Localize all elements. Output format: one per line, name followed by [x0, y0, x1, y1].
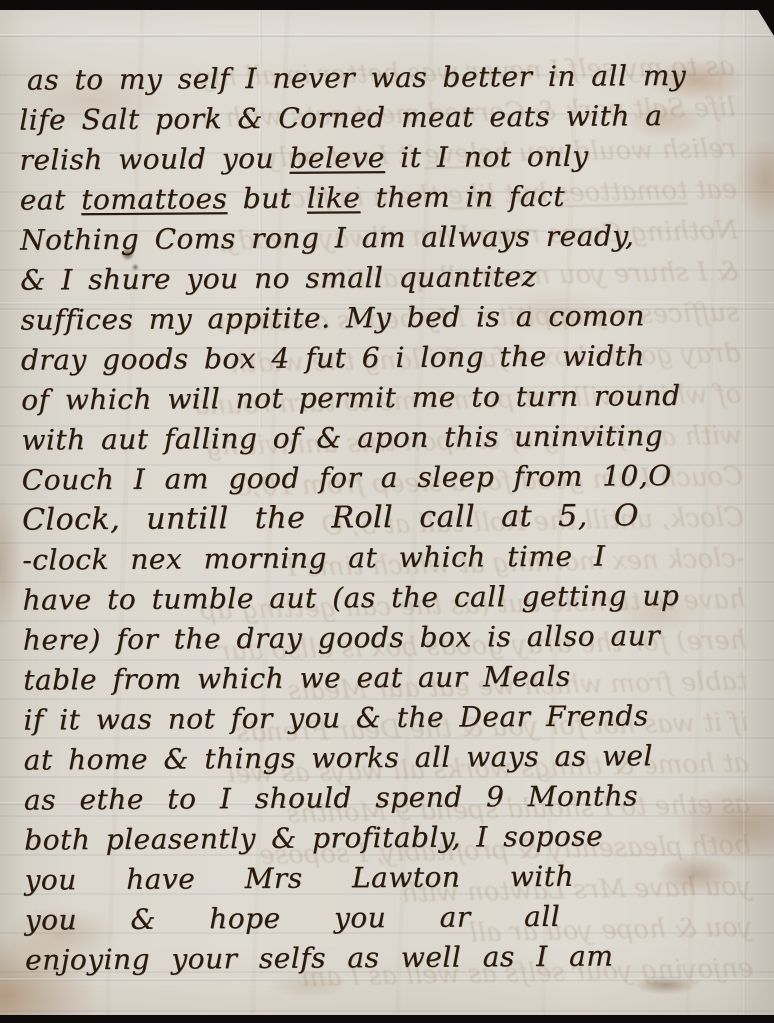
letter-line: at home & things works all ways as wel [24, 735, 770, 780]
letter-line: have to tumble aut (as the call getting … [22, 575, 768, 620]
letter-page: as to my self I never was better in all … [0, 10, 774, 1015]
letter-line: with aut falling of & apon this uninviti… [21, 415, 767, 460]
scan-border-bottom [0, 1015, 774, 1023]
letter-line: as to my self I never was better in all … [19, 55, 765, 100]
underlined-word: tomattoes [81, 182, 227, 216]
letter-line: of which will not permit me to turn roun… [21, 375, 767, 420]
letter-line: Clock, untill the Roll call at 5, O [22, 495, 768, 540]
letter-line: Couch I am good for a sleep from 10,O [22, 455, 768, 500]
fold-crease-horizontal [0, 34, 774, 37]
letter-line: relish would you beleve it I not only [19, 135, 765, 180]
letter-text: as to my self I never was better in all … [19, 55, 771, 980]
letter-line: -clock nex morning at which time I [22, 535, 768, 580]
letter-scan: as to my self I never was better in all … [0, 0, 774, 1023]
letter-line: you & hope you ar all [25, 895, 771, 940]
letter-line: dray goods box 4 fut 6 i long the width [21, 335, 767, 380]
letter-line: as ethe to I should spend 9 Months [24, 775, 770, 820]
letter-line: suffices my appitite. My bed is a comon [20, 295, 766, 340]
letter-line: life Salt pork & Corned meat eats with a [19, 95, 765, 140]
letter-line: both pleasently & profitably, I sopose [24, 815, 770, 860]
scan-corner-top-right [758, 10, 774, 36]
letter-line: table from which we eat aur Meals [23, 655, 769, 700]
letter-line: eat tomattoes but like them in fact [20, 175, 766, 220]
underlined-word: like [307, 181, 361, 214]
letter-line: & I shure you no small quantitez [20, 255, 766, 300]
letter-line: if it was not for you & the Dear Frends [23, 695, 769, 740]
scan-border-top [0, 0, 774, 10]
letter-line: Nothing Coms rong I am allways ready, [20, 215, 766, 260]
letter-line: you have Mrs Lawton with [24, 855, 770, 900]
letter-line: here) for the dray goods box is allso au… [23, 615, 769, 660]
underlined-word: beleve [289, 141, 385, 175]
letter-line: enjoying your selfs as well as I am [25, 935, 771, 980]
